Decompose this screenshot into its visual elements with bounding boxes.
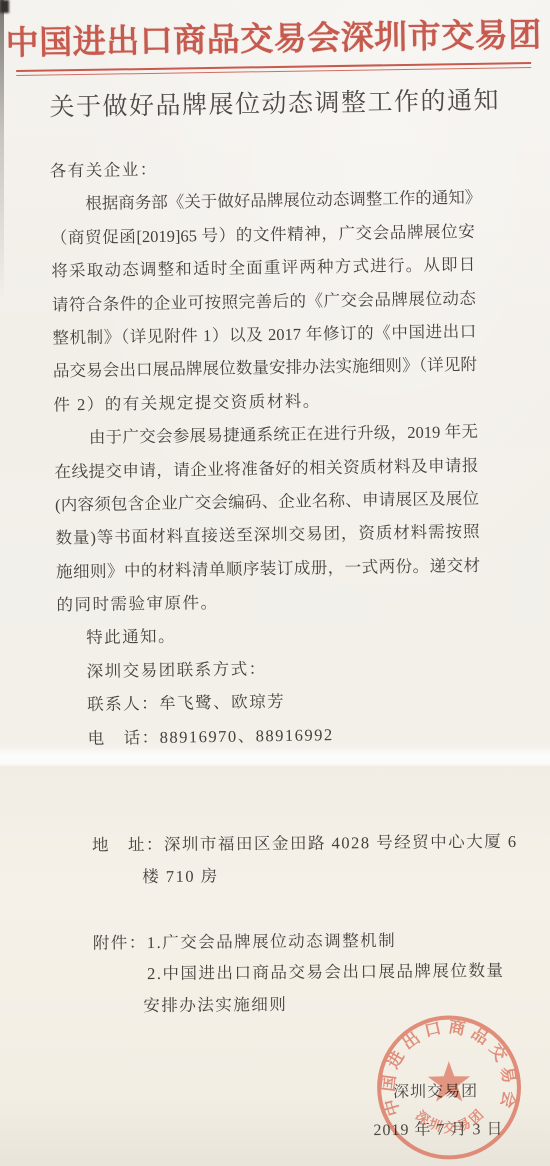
svg-text:中国进出口商品交易会: 中国进出口商品交易会 [377,1015,520,1118]
address-line-2: 楼 710 房 [142,866,219,886]
notice-body: 各有关企业： 根据商务部《关于做好品牌展位动态调整工作的通知》 （商贸促函[20… [50,148,483,756]
issue-date: 2019 年 7 月 3 日 [373,1120,503,1140]
attachments-line-1: 附件：1.广交会品牌展位动态调整机制 [93,931,397,953]
contact-phone: 电 话：88916970、88916992 [58,715,482,755]
issuer-signature: 深圳交易团 [393,1082,478,1102]
attachments-line-3: 安排办法实施细则 [143,995,287,1016]
notice-page-1: 中国进出口商品交易会深圳市交易团 关于做好品牌展位动态调整工作的通知 各有关企业… [0,0,550,754]
body-line: 施细则》中的材料清单顺序装订成册，一式两份。递交材料 [56,549,480,589]
scanned-notice-page: 中国进出口商品交易会深圳市交易团 关于做好品牌展位动态调整工作的通知 各有关企业… [0,0,550,1166]
notice-page-2: 地 址：深圳市福田区金田路 4028 号经贸中心大厦 6 楼 710 房 附件：… [0,764,550,1166]
seal-outer-text: 中国进出口商品交易会 [377,1015,520,1118]
attachments-line-2: 2.中国进出口商品交易会出口展品牌展位数量 [147,961,505,984]
letterhead-divider-rule [16,62,531,76]
body-line: 品交易会出口展品牌展位数量安排办法实施细则》（详见附 [53,348,477,388]
address-line-1: 地 址：深圳市福田区金田路 4028 号经贸中心大厦 6 [92,832,518,856]
document-title: 关于做好品牌展位动态调整工作的通知 [0,80,550,125]
letterhead-organization: 中国进出口商品交易会深圳市交易团 [0,9,549,65]
